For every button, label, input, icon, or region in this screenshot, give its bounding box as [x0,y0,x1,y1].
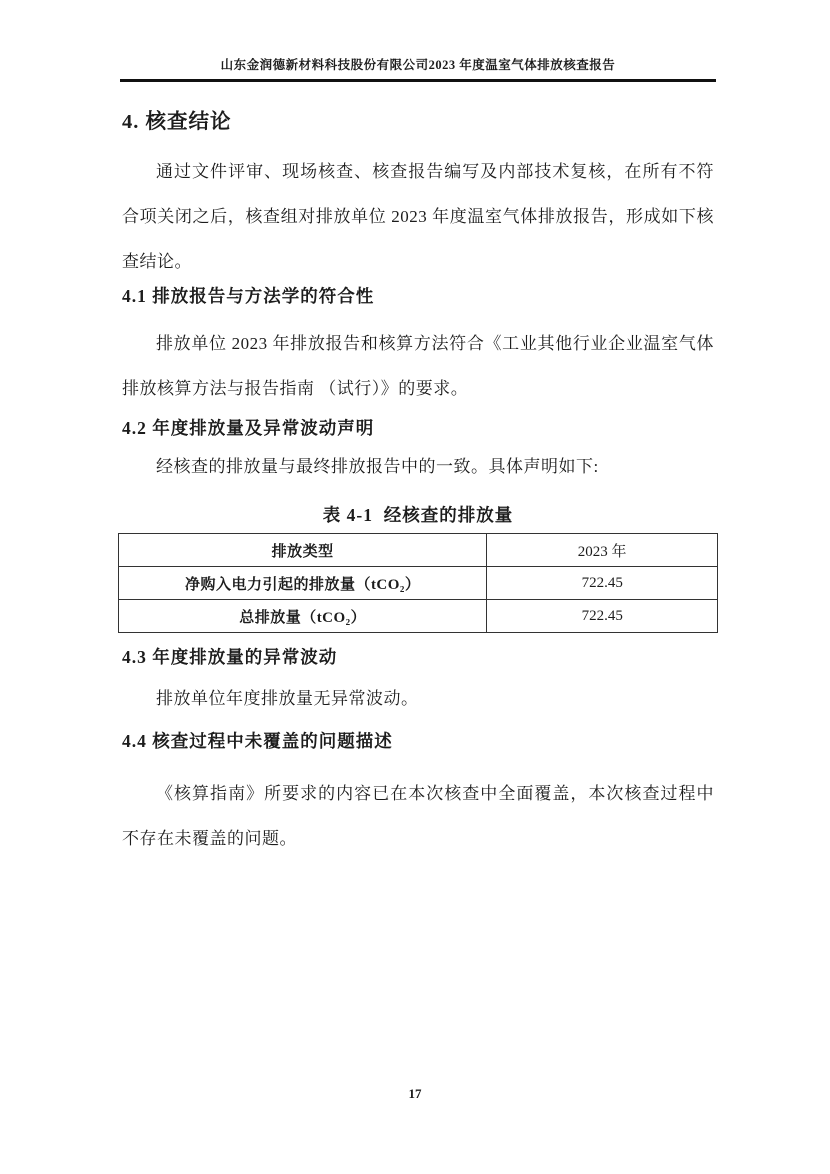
paragraph-4-3: 排放单位年度排放量无异常波动。 [122,676,714,721]
table-cell-total-label: 总排放量（tCO₂） [119,600,487,633]
paragraph-4-1: 排放单位 2023 年排放报告和核算方法符合《工业其他行业企业温室气体排放核算方… [122,321,714,411]
table-row: 总排放量（tCO₂） 722.45 [119,600,718,633]
section-heading-4-2: 4.2 年度排放量及异常波动声明 [122,413,714,443]
document-page: { "header": { "title": "山东金润德新材料科技股份有限公司… [0,0,830,1174]
table-header-year: 2023 年 [487,534,718,567]
table-row: 净购入电力引起的排放量（tCO₂） 722.45 [119,567,718,600]
paragraph-4-4: 《核算指南》所要求的内容已在本次核查中全面覆盖，本次核查过程中不存在未覆盖的问题… [122,771,714,861]
page-number: 17 [0,1086,830,1102]
table-caption: 表 4-1 经核查的排放量 [122,501,714,529]
verified-emissions-table: 排放类型 2023 年 净购入电力引起的排放量（tCO₂） 722.45 总排放… [118,533,718,633]
paragraph-4-2: 经核查的排放量与最终排放报告中的一致。具体声明如下: [122,444,714,489]
paragraph-4-intro: 通过文件评审、现场核查、核查报告编写及内部技术复核，在所有不符合项关闭之后，核查… [122,149,714,284]
section-heading-4-3: 4.3 年度排放量的异常波动 [122,642,714,672]
table-cell-electricity-label: 净购入电力引起的排放量（tCO₂） [119,567,487,600]
header-rule-divider [120,79,716,82]
table-header-emission-type: 排放类型 [119,534,487,567]
section-heading-4-1: 4.1 排放报告与方法学的符合性 [122,281,714,311]
running-header-title: 山东金润德新材料科技股份有限公司2023 年度温室气体排放核查报告 [122,55,714,73]
table-cell-electricity-value: 722.45 [487,567,718,600]
section-heading-4: 4. 核查结论 [122,108,714,136]
page-content: 山东金润德新材料科技股份有限公司2023 年度温室气体排放核查报告 4. 核查结… [122,0,714,1174]
section-heading-4-4: 4.4 核查过程中未覆盖的问题描述 [122,726,714,756]
table-cell-total-value: 722.45 [487,600,718,633]
table-header-row: 排放类型 2023 年 [119,534,718,567]
